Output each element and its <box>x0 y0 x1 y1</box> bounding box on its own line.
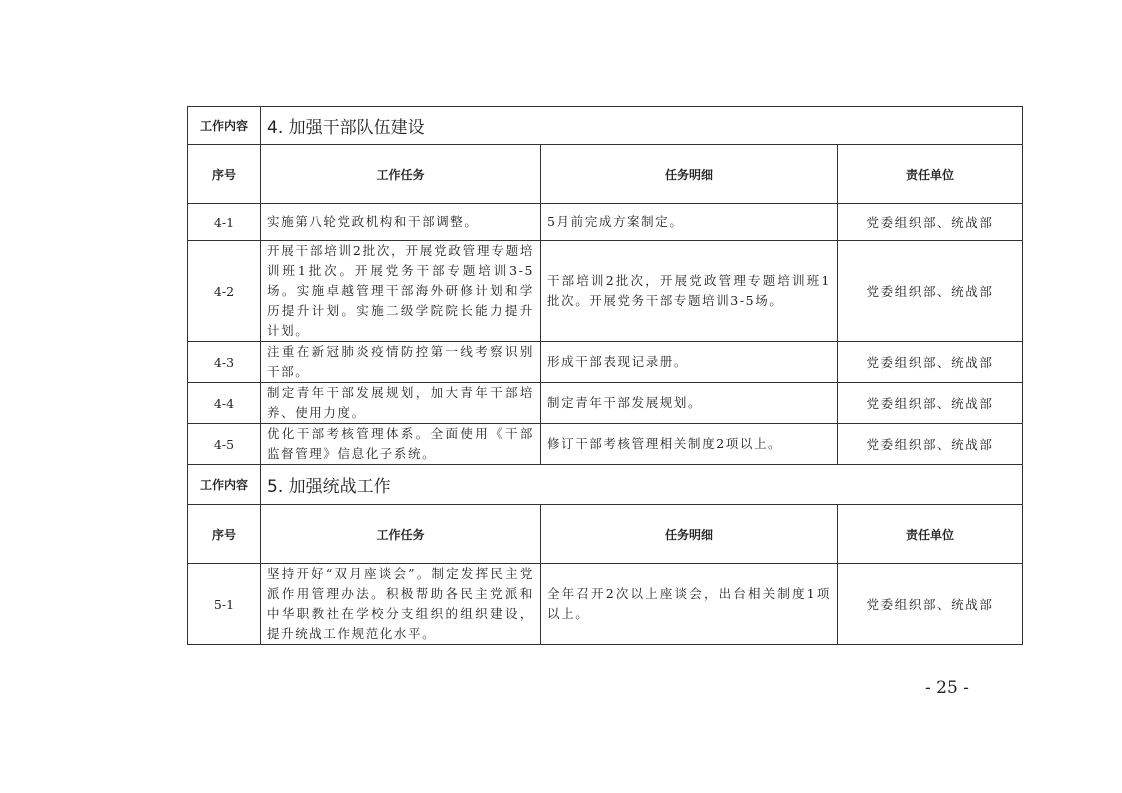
row-task: 注重在新冠肺炎疫情防控第一线考察识别干部。 <box>261 342 541 383</box>
row-detail: 干部培训2批次，开展党政管理专题培训班1批次。开展党务干部专题培训3-5场。 <box>541 241 838 342</box>
header-unit: 责任单位 <box>838 145 1023 204</box>
section-header-row: 工作内容 4. 加强干部队伍建设 <box>188 107 1023 145</box>
header-task: 工作任务 <box>261 505 541 564</box>
section-header-row: 工作内容 5. 加强统战工作 <box>188 465 1023 505</box>
row-id: 4-4 <box>188 383 261 424</box>
row-task: 制定青年干部发展规划，加大青年干部培养、使用力度。 <box>261 383 541 424</box>
column-header-row: 序号 工作任务 任务明细 责任单位 <box>188 145 1023 204</box>
table-row: 4-1 实施第八轮党政机构和干部调整。 5月前完成方案制定。 党委组织部、统战部 <box>188 204 1023 241</box>
header-detail: 任务明细 <box>541 145 838 204</box>
section-label: 工作内容 <box>188 107 261 145</box>
row-task: 优化干部考核管理体系。全面使用《干部监督管理》信息化子系统。 <box>261 424 541 465</box>
section-title: 5. 加强统战工作 <box>261 465 1023 505</box>
row-id: 5-1 <box>188 564 261 645</box>
row-detail: 制定青年干部发展规划。 <box>541 383 838 424</box>
section-label: 工作内容 <box>188 465 261 505</box>
row-detail: 全年召开2次以上座谈会，出台相关制度1项以上。 <box>541 564 838 645</box>
row-task: 坚持开好“双月座谈会”。制定发挥民主党派作用管理办法。积极帮助各民主党派和中华职… <box>261 564 541 645</box>
row-unit: 党委组织部、统战部 <box>838 342 1023 383</box>
row-unit: 党委组织部、统战部 <box>838 204 1023 241</box>
header-unit: 责任单位 <box>838 505 1023 564</box>
table-row: 4-2 开展干部培训2批次，开展党政管理专题培训班1批次。开展党务干部专题培训3… <box>188 241 1023 342</box>
row-unit: 党委组织部、统战部 <box>838 241 1023 342</box>
row-unit: 党委组织部、统战部 <box>838 424 1023 465</box>
table-row: 4-3 注重在新冠肺炎疫情防控第一线考察识别干部。 形成干部表现记录册。 党委组… <box>188 342 1023 383</box>
row-task: 实施第八轮党政机构和干部调整。 <box>261 204 541 241</box>
row-task: 开展干部培训2批次，开展党政管理专题培训班1批次。开展党务干部专题培训3-5场。… <box>261 241 541 342</box>
row-detail: 形成干部表现记录册。 <box>541 342 838 383</box>
row-detail: 修订干部考核管理相关制度2项以上。 <box>541 424 838 465</box>
header-seq: 序号 <box>188 145 261 204</box>
row-id: 4-5 <box>188 424 261 465</box>
page-number: - 25 - <box>925 678 969 698</box>
header-seq: 序号 <box>188 505 261 564</box>
table-row: 4-4 制定青年干部发展规划，加大青年干部培养、使用力度。 制定青年干部发展规划… <box>188 383 1023 424</box>
row-unit: 党委组织部、统战部 <box>838 564 1023 645</box>
row-detail: 5月前完成方案制定。 <box>541 204 838 241</box>
column-header-row: 序号 工作任务 任务明细 责任单位 <box>188 505 1023 564</box>
work-plan-table: 工作内容 4. 加强干部队伍建设 序号 工作任务 任务明细 责任单位 4-1 实… <box>187 106 1023 645</box>
table-row: 4-5 优化干部考核管理体系。全面使用《干部监督管理》信息化子系统。 修订干部考… <box>188 424 1023 465</box>
table-row: 5-1 坚持开好“双月座谈会”。制定发挥民主党派作用管理办法。积极帮助各民主党派… <box>188 564 1023 645</box>
section-title: 4. 加强干部队伍建设 <box>261 107 1023 145</box>
row-id: 4-1 <box>188 204 261 241</box>
row-id: 4-3 <box>188 342 261 383</box>
row-unit: 党委组织部、统战部 <box>838 383 1023 424</box>
row-id: 4-2 <box>188 241 261 342</box>
header-detail: 任务明细 <box>541 505 838 564</box>
header-task: 工作任务 <box>261 145 541 204</box>
